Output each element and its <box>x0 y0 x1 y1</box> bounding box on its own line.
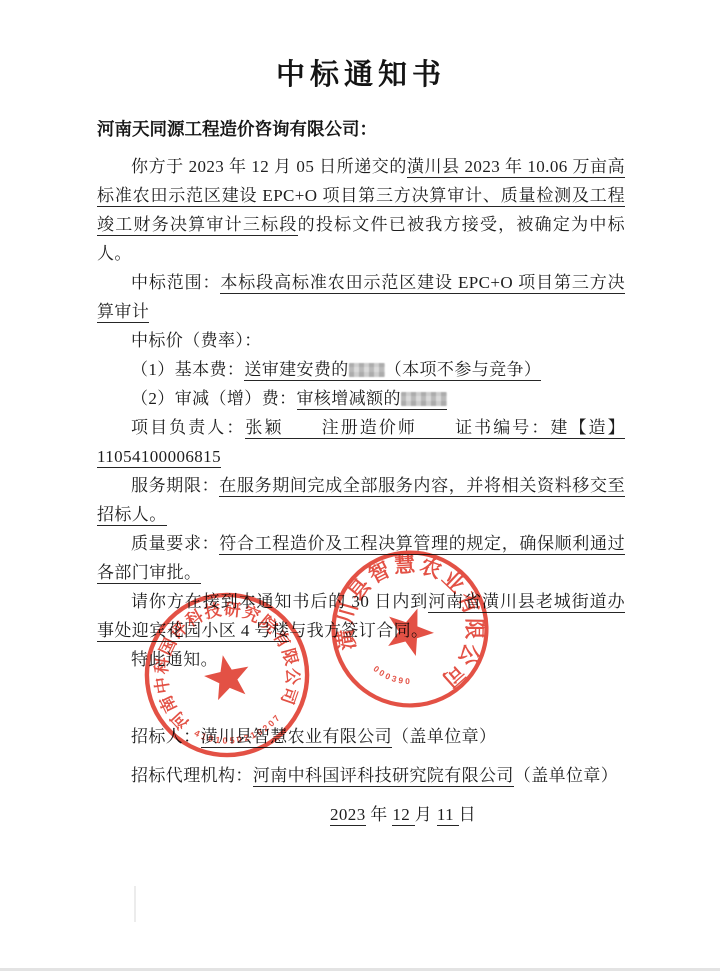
notice-text: 特此通知。 <box>131 650 218 669</box>
paragraph-notice: 特此通知。 <box>97 645 625 674</box>
paragraph-project-manager: 项目负责人：张颖 注册造价师 证书编号：建【造】11054100006815 <box>97 413 625 471</box>
date-year: 2023 <box>330 805 366 826</box>
service-term-label: 服务期限： <box>131 476 219 495</box>
date-month-unit: 月 <box>415 805 437 824</box>
agency-label: 招标代理机构： <box>131 766 253 785</box>
addressee-line: 河南天同源工程造价咨询有限公司： <box>97 117 625 142</box>
date-year-unit: 年 <box>366 805 393 824</box>
paragraph-service-term: 服务期限：在服务期间完成全部服务内容，并将相关资料移交至招标人。 <box>97 471 625 529</box>
audit-fee-label: （2）审减（增）费： <box>131 389 297 408</box>
date-month: 12 <box>392 805 414 826</box>
tenderer-seal-note: （盖单位章） <box>392 727 496 746</box>
document-title: 中标通知书 <box>97 52 625 93</box>
basic-fee-text: 送审建安费的 <box>244 360 348 379</box>
basic-fee-value-underlined: 送审建安费的（本项不参与竞争） <box>244 360 541 381</box>
paragraph-basic-fee: （1）基本费：送审建安费的（本项不参与竞争） <box>97 355 625 384</box>
date-line: 2023 年 12 月 11 日 <box>97 800 625 829</box>
tenderer-label: 招标人： <box>131 727 201 746</box>
audit-fee-value-underlined: 审核增减额的 <box>297 389 447 410</box>
agency-line: 招标代理机构：河南中科国评科技研究院有限公司（盖单位章） <box>97 761 625 790</box>
agency-seal-note: （盖单位章） <box>514 766 618 785</box>
agency-name-underlined: 河南中科国评科技研究院有限公司 <box>253 766 514 787</box>
date-day: 11 <box>437 805 459 826</box>
tenderer-name-underlined: 潢川县智慧农业有限公司 <box>201 727 392 748</box>
document-body: 你方于 2023 年 12 月 05 日所递交的潢川县 2023 年 10.06… <box>97 152 625 674</box>
basic-fee-note: （本项不参与竞争） <box>385 360 542 379</box>
redacted-audit-fee-rate <box>401 392 447 406</box>
tenderer-line: 招标人：潢川县智慧农业有限公司（盖单位章） <box>97 722 625 751</box>
paragraph-audit-fee: （2）审减（增）费：审核增减额的 <box>97 384 625 413</box>
price-label: 中标价（费率）： <box>131 331 262 350</box>
paragraph-quality: 质量要求：符合工程造价及工程决算管理的规定，确保顺利通过各部门审批。 <box>97 529 625 587</box>
submission-text-pre: 你方于 2023 年 12 月 05 日所递交的 <box>131 157 407 176</box>
basic-fee-label: （1）基本费： <box>131 360 244 379</box>
redacted-basic-fee-rate <box>349 363 385 377</box>
paragraph-price-label: 中标价（费率）： <box>97 326 625 355</box>
signature-block: 招标人：潢川县智慧农业有限公司（盖单位章） 招标代理机构：河南中科国评科技研究院… <box>97 722 625 829</box>
signing-text-post: 与我方签订合同。 <box>289 621 428 640</box>
project-manager-label: 项目负责人： <box>131 418 245 437</box>
scanned-document-page: 中标通知书 河南天同源工程造价咨询有限公司： 你方于 2023 年 12 月 0… <box>0 0 720 971</box>
date-day-unit: 日 <box>459 805 476 824</box>
audit-fee-text: 审核增减额的 <box>297 389 401 408</box>
scope-label: 中标范围： <box>131 273 220 292</box>
paragraph-scope: 中标范围：本标段高标准农田示范区建设 EPC+O 项目第三方决算审计 <box>97 268 625 326</box>
signing-text-pre: 请你方在接到本通知书后的 30 日内到 <box>131 592 428 611</box>
paragraph-submission: 你方于 2023 年 12 月 05 日所递交的潢川县 2023 年 10.06… <box>97 152 625 268</box>
scan-artifact <box>134 886 136 922</box>
paragraph-contract-signing: 请你方在接到本通知书后的 30 日内到河南省潢川县老城街道办事处迎宾花园小区 4… <box>97 587 625 645</box>
quality-label: 质量要求： <box>131 534 219 553</box>
